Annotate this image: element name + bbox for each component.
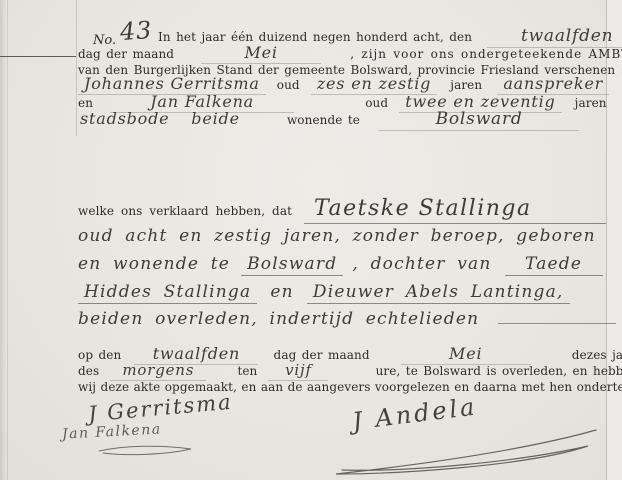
father-firstname-handwritten: Taede bbox=[505, 254, 603, 276]
paper-left-edge-line bbox=[7, 0, 8, 480]
declarant2-occupation-handwritten: stadsbode beide bbox=[80, 109, 240, 128]
en-label: en bbox=[78, 96, 93, 110]
form-line-deceased-name: welke ons verklaard hebben, dat Taetske … bbox=[78, 196, 606, 224]
hw-paragraph-line3: Hiddes Stallinga en Dieuwer Abels Lantin… bbox=[78, 282, 570, 302]
deceased-age-occupation-handwritten: oud acht en zestig jaren, zonder beroep,… bbox=[78, 226, 596, 246]
residence-handwritten: Bolsward bbox=[379, 109, 579, 131]
mother-name-handwritten: Dieuwer Abels Lantinga, bbox=[307, 282, 570, 304]
declare-label-printed: welke ons verklaard hebben, dat bbox=[78, 203, 292, 219]
hw-paragraph-line1: oud acht en zestig jaren, zonder beroep,… bbox=[78, 226, 596, 246]
hw-paragraph-line4: beiden overleden, indertijd echtelieden bbox=[78, 309, 616, 329]
father-name-handwritten: Hiddes Stallinga bbox=[78, 282, 257, 304]
year-printed-text: In het jaar één duizend negen honderd ac… bbox=[158, 30, 472, 44]
daughter-of-handwritten: , dochter van bbox=[352, 254, 491, 274]
closing2-printed: wij deze akte opgemaakt, en aan de aange… bbox=[78, 380, 622, 394]
record-number-value: 43 bbox=[119, 16, 153, 46]
death-record-scan: No.43 In het jaar één duizend negen hond… bbox=[0, 0, 622, 480]
deceased-birthplace-handwritten: Bolsward bbox=[241, 254, 343, 276]
jaren-label-1: jaren bbox=[450, 78, 482, 92]
form-line-residence: stadsbode beide wonende te Bolsward bbox=[80, 109, 579, 131]
wonende-te-label: wonende te bbox=[287, 113, 360, 127]
record-number-underline bbox=[0, 56, 76, 57]
paper-left-edge-shadow bbox=[0, 0, 7, 480]
blank-rule bbox=[498, 309, 616, 324]
deceased-name-handwritten: Taetske Stallinga bbox=[304, 196, 606, 224]
hw-paragraph-line2: en wonende te Bolsward , dochter van Tae… bbox=[78, 254, 603, 276]
oud-label-1: oud bbox=[277, 78, 300, 92]
form-line-declarant1: Johannes Gerritsma oud zes en zestig jar… bbox=[78, 74, 609, 93]
signature-declarant2: Jan Falkena bbox=[62, 421, 162, 442]
paper-crease bbox=[76, 0, 77, 136]
en-handwritten: en bbox=[270, 282, 293, 302]
oud-label-2: oud bbox=[365, 96, 388, 110]
official-signature-flourish bbox=[328, 424, 622, 478]
jaren-label-2: jaren bbox=[575, 96, 607, 110]
deceased-residence-intro-handwritten: en wonende te bbox=[78, 254, 230, 274]
declarant2-signature-flourish bbox=[95, 443, 195, 459]
form-line-closing: wij deze akte opgemaakt, en aan de aange… bbox=[78, 376, 622, 395]
parents-deceased-handwritten: beiden overleden, indertijd echtelieden bbox=[78, 309, 479, 329]
